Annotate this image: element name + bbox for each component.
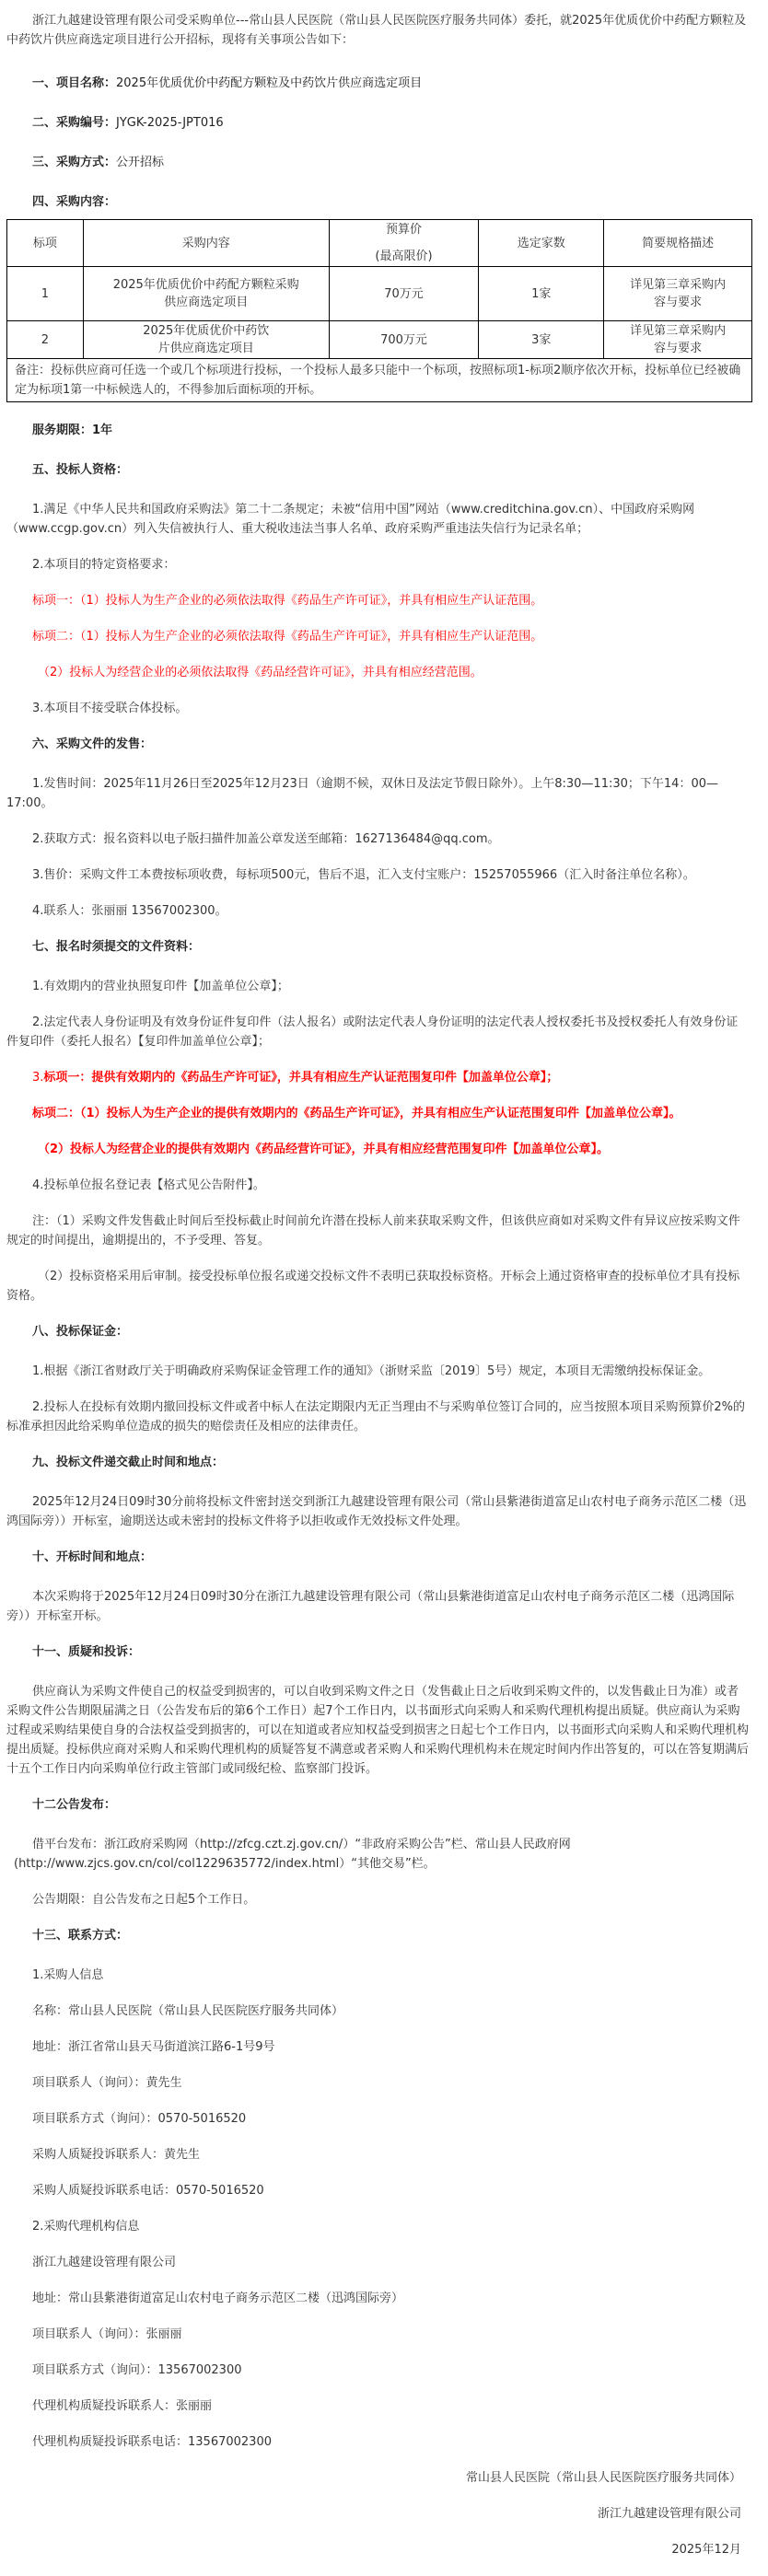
registration-item3-text: 标项一：提供有效期内的《药品生产许可证》，并具有相应生产认证范围复印件【加盖单位…: [43, 1071, 558, 1085]
registration-item3-lot2b: （2）投标人为经营企业的提供有效期内《药品经营许可证》，并具有相应经营范围复印件…: [6, 1140, 749, 1159]
procurement-no-value: JYGK-2025-JPT016: [116, 116, 224, 130]
agency-header: 2.采购代理机构信息: [6, 2217, 749, 2236]
procurement-method-heading: 三、采购方式：公开招标: [6, 153, 749, 172]
registration-item3: 3.标项一：提供有效期内的《药品生产许可证》，并具有相应生产认证范围复印件【加盖…: [6, 1068, 749, 1087]
header-budget-line1: 预算价: [333, 221, 475, 238]
complaint-heading: 十一、质疑和投诉：: [6, 1642, 749, 1662]
sale-heading: 六、采购文件的发售：: [6, 735, 749, 754]
header-budget: 预算价 (最高限价): [329, 220, 479, 267]
table-row: 2 2025年优质优价中药饮片供应商选定项目 700万元 3家 详见第三章采购内…: [7, 321, 752, 359]
sale-item4: 4.联系人：张丽丽 13567002300。: [6, 901, 749, 921]
service-period-label: 服务期限：: [32, 424, 92, 437]
cell-spec-text: 详见第三章采购内容与要求: [630, 278, 726, 309]
cell-content: 2025年优质优价中药配方颗粒采购供应商选定项目: [83, 267, 329, 321]
signature-purchaser: 常山县人民医院（常山县人民医院医疗服务共同体）: [6, 2468, 749, 2488]
registration-note2: （2）投标资格采用后审制。接受投标单位报名或递交投标文件不表明已获取投标资格。开…: [6, 1267, 749, 1305]
procurement-no-heading: 二、采购编号：JYGK-2025-JPT016: [6, 113, 749, 133]
procurement-method-value: 公开招标: [116, 156, 164, 169]
cell-spec-text: 详见第三章采购内容与要求: [630, 324, 726, 355]
procurement-content-heading: 四、采购内容：: [6, 192, 749, 212]
submission-text: 2025年12月24日09时30分前将投标文件密封送交到浙江九越建设管理有限公司…: [6, 1492, 749, 1531]
sale-item1: 1.发售时间：2025年11月26日至2025年12月23日（逾期不候，双休日及…: [6, 774, 749, 813]
qualification-lot2a: 标项二：（1）投标人为生产企业的必须依法取得《药品生产许可证》，并具有相应生产认…: [6, 627, 749, 646]
deposit-item2: 2.投标人在投标有效期内撤回投标文件或者中标人在法定期限内无正当理由不与采购单位…: [6, 1398, 749, 1436]
cell-budget: 70万元: [329, 267, 479, 321]
deposit-heading: 八、投标保证金：: [6, 1322, 749, 1341]
registration-item2: 2.法定代表人身份证明及有效身份证件复印件（法人报名）或附法定代表人身份证明的法…: [6, 1013, 749, 1051]
intro-paragraph: 浙江九越建设管理有限公司受采购单位---常山县人民医院（常山县人民医院医疗服务共…: [6, 11, 749, 50]
sale-item3: 3.售价：采购文件工本费按标项收费，每标项500元，售后不退，汇入支付宝账户：1…: [6, 865, 749, 885]
agency-complaint-phone: 代理机构质疑投诉联系电话：13567002300: [6, 2432, 749, 2452]
purchaser-contact: 项目联系人（询问）：黄先生: [6, 2073, 749, 2093]
publication-period: 公告期限：自公告发布之日起5个工作日。: [6, 1890, 749, 1909]
agency-contact: 项目联系人（询问）：张丽丽: [6, 2325, 749, 2344]
table-note-row: 备注：投标供应商可任选一个或几个标项进行投标，一个投标人最多只能中一个标项，按照…: [7, 359, 752, 402]
cell-content-text: 2025年优质优价中药饮片供应商选定项目: [143, 324, 269, 355]
registration-note1: 注：（1）采购文件发售截止时间后至投标截止时间前允许潜在投标人前来获取采购文件，…: [6, 1212, 749, 1250]
cell-lot: 2: [7, 321, 84, 359]
registration-item3-lot2a: 标项二：（1）投标人为生产企业的提供有效期内的《药品生产许可证》，并具有相应生产…: [6, 1104, 749, 1123]
header-spec: 简要规格描述: [604, 220, 752, 267]
registration-item3-prefix: 3.: [32, 1071, 43, 1085]
purchaser-complaint-phone: 采购人质疑投诉联系电话：0570-5016520: [6, 2181, 749, 2200]
service-period-value: 1年: [92, 424, 112, 437]
agency-name: 浙江九越建设管理有限公司: [6, 2253, 749, 2272]
purchaser-phone: 项目联系方式（询问）：0570-5016520: [6, 2109, 749, 2129]
header-content: 采购内容: [83, 220, 329, 267]
procurement-table: 标项 采购内容 预算价 (最高限价) 选定家数 简要规格描述 1 2025年优质…: [6, 219, 752, 402]
table-note: 备注：投标供应商可任选一个或几个标项进行投标，一个投标人最多只能中一个标项，按照…: [7, 359, 752, 402]
procurement-no-label: 二、采购编号：: [32, 116, 116, 130]
purchaser-address: 地址：浙江省常山县天马街道滨江路6-1号9号: [6, 2037, 749, 2057]
cell-content: 2025年优质优价中药饮片供应商选定项目: [83, 321, 329, 359]
table-header-row: 标项 采购内容 预算价 (最高限价) 选定家数 简要规格描述: [7, 220, 752, 267]
deposit-item1: 1.根据《浙江省财政厅关于明确政府采购保证金管理工作的通知》（浙财采监〔2019…: [6, 1362, 749, 1381]
purchaser-name: 名称：常山县人民医院（常山县人民医院医疗服务共同体）: [6, 2002, 749, 2021]
project-name-label: 一、项目名称：: [32, 76, 116, 90]
qualification-lot1: 标项一：（1）投标人为生产企业的必须依法取得《药品生产许可证》，并具有相应生产认…: [6, 591, 749, 610]
cell-spec: 详见第三章采购内容与要求: [604, 321, 752, 359]
agency-complaint-contact: 代理机构质疑投诉联系人：张丽丽: [6, 2396, 749, 2416]
publication-text1: 借平台发布：浙江政府采购网（http://zfcg.czt.zj.gov.cn/…: [6, 1835, 749, 1854]
purchaser-header: 1.采购人信息: [6, 1966, 749, 1985]
cell-content-text: 2025年优质优价中药配方颗粒采购供应商选定项目: [113, 278, 299, 309]
signature-date: 2025年12月: [6, 2540, 749, 2559]
submission-heading: 九、投标文件递交截止时间和地点：: [6, 1453, 749, 1472]
agency-address: 地址：常山县紫港街道富足山农村电子商务示范区二楼（迅鸿国际旁）: [6, 2289, 749, 2308]
table-row: 1 2025年优质优价中药配方颗粒采购供应商选定项目 70万元 1家 详见第三章…: [7, 267, 752, 321]
opening-text: 本次采购将于2025年12月24日09时30分在浙江九越建设管理有限公司（常山县…: [6, 1587, 749, 1626]
signature-agency: 浙江九越建设管理有限公司: [6, 2504, 749, 2524]
qualification-heading: 五、投标人资格：: [6, 460, 749, 480]
qualification-lot2b: （2）投标人为经营企业的必须依法取得《药品经营许可证》，并具有相应经营范围。: [6, 663, 749, 682]
qualification-item1: 1.满足《中华人民共和国政府采购法》第二十二条规定；未被“信用中国”网站（www…: [6, 500, 749, 539]
procurement-method-label: 三、采购方式：: [32, 156, 116, 169]
announcement-document: 浙江九越建设管理有限公司受采购单位---常山县人民医院（常山县人民医院医疗服务共…: [0, 0, 755, 2559]
service-period: 服务期限：1年: [6, 421, 749, 440]
project-name-heading: 一、项目名称：2025年优质优价中药配方颗粒及中药饮片供应商选定项目: [6, 74, 749, 93]
publication-text2: (http://www.zjcs.gov.cn/col/col122963577…: [6, 1854, 749, 1874]
registration-heading: 七、报名时须提交的文件资料：: [6, 937, 749, 957]
cell-lot: 1: [7, 267, 84, 321]
complaint-text: 供应商认为采购文件使自己的权益受到损害的，可以自收到采购文件之日（发售截止日之后…: [6, 1682, 749, 1779]
cell-budget: 700万元: [329, 321, 479, 359]
cell-count: 3家: [479, 321, 604, 359]
header-count: 选定家数: [479, 220, 604, 267]
sale-item2: 2.获取方式：报名资料以电子版扫描件加盖公章发送至邮箱：1627136484@q…: [6, 830, 749, 849]
agency-phone: 项目联系方式（询问）：13567002300: [6, 2361, 749, 2380]
project-name-value: 2025年优质优价中药配方颗粒及中药饮片供应商选定项目: [116, 76, 422, 90]
registration-item1: 1.有效期内的营业执照复印件【加盖单位公章】；: [6, 977, 749, 996]
qualification-item2: 2.本项目的特定资格要求：: [6, 555, 749, 574]
cell-spec: 详见第三章采购内容与要求: [604, 267, 752, 321]
opening-heading: 十、开标时间和地点：: [6, 1548, 749, 1567]
publication-heading: 十二公告发布：: [6, 1795, 749, 1815]
header-lot: 标项: [7, 220, 84, 267]
cell-count: 1家: [479, 267, 604, 321]
purchaser-complaint-contact: 采购人质疑投诉联系人：黄先生: [6, 2145, 749, 2164]
header-budget-line2: (最高限价): [333, 248, 475, 265]
contact-heading: 十三、联系方式：: [6, 1926, 749, 1945]
registration-item4: 4.投标单位报名登记表【格式见公告附件】。: [6, 1176, 749, 1195]
qualification-item3: 3.本项目不接受联合体投标。: [6, 699, 749, 718]
